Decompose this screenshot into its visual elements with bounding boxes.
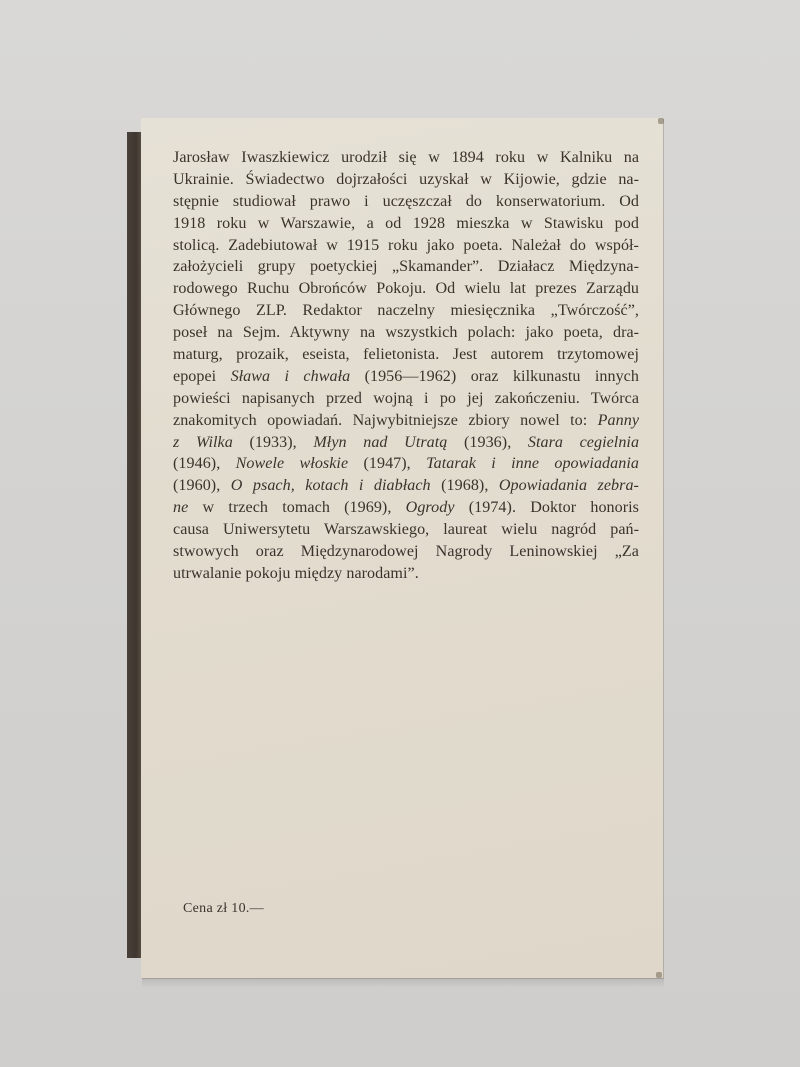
word: Kijowie, — [504, 171, 560, 188]
word: roku — [217, 215, 247, 232]
word: stępnie — [173, 193, 219, 210]
word: w — [480, 171, 492, 188]
word: stwowych — [173, 543, 239, 560]
italic-title-word: Opowiadania — [499, 477, 587, 494]
word: autorem — [491, 346, 544, 363]
word: poetyckiej — [310, 258, 378, 275]
corner-wear-bottom-right — [656, 972, 662, 978]
word: (1969), — [344, 499, 391, 516]
italic-title-word: Tatarak — [426, 455, 476, 472]
italic-title-word: ne — [173, 499, 188, 516]
word: zakończeniu. — [495, 390, 580, 407]
word: Od — [619, 193, 639, 210]
italic-title-word: Stara — [528, 434, 563, 451]
word: prozaik, — [236, 346, 289, 363]
word: innych — [595, 368, 639, 385]
word: Leninowskiej — [509, 543, 597, 560]
word: w — [428, 149, 440, 166]
word: felietonista. — [363, 346, 439, 363]
word: roku — [495, 149, 525, 166]
word: (1960), — [173, 477, 220, 494]
word: Doktor — [530, 499, 576, 516]
word: uzyskał — [419, 171, 469, 188]
word: poeta, — [564, 324, 603, 341]
word: naczelny — [377, 302, 435, 319]
word: wojną — [373, 390, 413, 407]
word: Kalniku — [560, 149, 612, 166]
word: kilkunastu — [513, 368, 581, 385]
word: od — [385, 215, 401, 232]
word: 1928 — [413, 215, 445, 232]
word: zbiory — [468, 412, 509, 429]
italic-title-word: Ogrody — [406, 499, 455, 516]
word: (1956—1962) — [365, 368, 457, 385]
word: urodził — [341, 149, 387, 166]
word: (1936), — [464, 434, 511, 451]
word: ZLP. — [256, 302, 287, 319]
word: Należał — [511, 237, 561, 254]
italic-title-word: chwała — [303, 368, 350, 385]
italic-title-word: Sława — [231, 368, 271, 385]
biography-line: rodowego Ruchu Obrońców Pokoju. Od wielu… — [173, 278, 639, 300]
word: grupy — [258, 258, 296, 275]
biography-line: powieści napisanych przed wojną i po jej… — [173, 388, 639, 410]
biography-line: Ukrainie. Świadectwo dojrzałości uzyskał… — [173, 169, 639, 191]
word: 1915 — [347, 237, 379, 254]
word: studiował — [233, 193, 296, 210]
word: Ruchu — [247, 280, 289, 297]
word: Pokoju. — [376, 280, 426, 297]
word: współ- — [595, 237, 639, 254]
word: (1974). — [469, 499, 516, 516]
book-spine-shadow — [127, 132, 142, 958]
book-back-cover: Jarosław Iwaszkiewicz urodził się w 1894… — [141, 118, 663, 978]
word: powieści — [173, 390, 231, 407]
biography-line: epopei Sława i chwała (1956—1962) oraz k… — [173, 366, 639, 388]
word: Ukrainie. — [173, 171, 234, 188]
word: rodowego — [173, 280, 238, 297]
word: konserwatorium. — [496, 193, 605, 210]
word: pod — [615, 215, 639, 232]
word: 1894 — [451, 149, 483, 166]
word: Twórca — [591, 390, 639, 407]
word: prezes — [535, 280, 576, 297]
word: Redaktor — [303, 302, 362, 319]
italic-title-word: diabłach — [374, 477, 431, 494]
word: stolicą. — [173, 237, 219, 254]
book-bottom-shadow — [142, 978, 664, 988]
word: „Za — [615, 543, 639, 560]
word: Iwaszkiewicz — [241, 149, 329, 166]
word: 1918 — [173, 215, 205, 232]
word: trzytomowej — [557, 346, 639, 363]
word: a — [367, 215, 374, 232]
biography-line: maturg, prozaik, eseista, felietonista. … — [173, 344, 639, 366]
word: maturg, — [173, 346, 223, 363]
italic-title-word: i — [285, 368, 290, 385]
word: pań- — [610, 521, 639, 538]
word: w — [326, 237, 338, 254]
word: napisanych — [242, 390, 315, 407]
word: Zadebiutował — [228, 237, 317, 254]
word: poeta. — [463, 237, 502, 254]
word: „Skamander”. — [392, 258, 483, 275]
word: oraz — [256, 543, 284, 560]
word: honoris — [590, 499, 639, 516]
italic-title-word: i — [359, 477, 364, 494]
word: Uniwersytetu — [223, 521, 310, 538]
word: (1946), — [173, 455, 220, 472]
word: roku — [388, 237, 418, 254]
biography-line: utrwalanie pokoju między narodami”. — [173, 563, 639, 585]
italic-title-word: O — [231, 477, 243, 494]
biography-line: z Wilka (1933), Młyn nad Utratą (1936), … — [173, 432, 639, 454]
biography-line: Jarosław Iwaszkiewicz urodził się w 1894… — [173, 147, 639, 169]
word: w — [537, 149, 549, 166]
italic-title-word: cegielnia — [580, 434, 639, 451]
corner-wear-top-right — [658, 118, 664, 124]
word: Od — [435, 280, 455, 297]
word: Głównego — [173, 302, 240, 319]
biography-line: stwowych oraz Międzynarodowej Nagrody Le… — [173, 541, 639, 563]
italic-title-word: nad — [363, 434, 387, 451]
word: gdzie — [572, 171, 607, 188]
word: założycieli — [173, 258, 243, 275]
word: przed — [326, 390, 362, 407]
italic-title-word: włoskie — [300, 455, 349, 472]
word: eseista, — [302, 346, 349, 363]
biography-line: causa Uniwersytetu Warszawskiego, laurea… — [173, 519, 639, 541]
word: oraz — [471, 368, 499, 385]
word: jako — [526, 324, 554, 341]
word: mieszka — [456, 215, 509, 232]
italic-title-word: i — [491, 455, 496, 472]
italic-title-word: Nowele — [236, 455, 285, 472]
word: na — [360, 324, 375, 341]
word: dra- — [613, 324, 639, 341]
word: Warszawie, — [281, 215, 356, 232]
italic-title-word: kotach — [305, 477, 348, 494]
italic-title-word: Młyn — [313, 434, 346, 451]
biography-line: (1960), O psach, kotach i diabłach (1968… — [173, 475, 639, 497]
word: lat — [510, 280, 526, 297]
word: trzech — [228, 499, 268, 516]
italic-title-word: zebra- — [598, 477, 639, 494]
word: w — [521, 215, 533, 232]
italic-title-word: psach, — [253, 477, 295, 494]
biography-line: ne w trzech tomach (1969), Ogrody (1974)… — [173, 497, 639, 519]
word: do — [466, 193, 482, 210]
word: nowel — [520, 412, 560, 429]
word: pokoju — [246, 565, 291, 582]
word: prawo — [310, 193, 350, 210]
word: między — [295, 565, 343, 582]
word: (1933), — [249, 434, 296, 451]
word: polach: — [468, 324, 516, 341]
word: Warszawskiego, — [324, 521, 429, 538]
word: Stawisku — [544, 215, 603, 232]
author-biography: Jarosław Iwaszkiewicz urodził się w 1894… — [173, 147, 639, 585]
italic-title-word: Utratą — [404, 434, 447, 451]
word: uczęszczał — [383, 193, 452, 210]
word: w — [258, 215, 270, 232]
italic-title-word: Wilka — [196, 434, 233, 451]
word: Działacz — [498, 258, 555, 275]
word: po — [440, 390, 456, 407]
word: causa — [173, 521, 209, 538]
word: Nagrody — [436, 543, 493, 560]
italic-title-word: opowiadania — [554, 455, 639, 472]
word: miesięcznika — [451, 302, 536, 319]
biography-line: Głównego ZLP. Redaktor naczelny miesięcz… — [173, 300, 639, 322]
italic-title-word: inne — [511, 455, 539, 472]
word: tomach — [282, 499, 330, 516]
word: Jest — [453, 346, 477, 363]
word: jako — [427, 237, 455, 254]
biography-line: poseł na Sejm. Aktywny na wszystkich pol… — [173, 322, 639, 344]
word: epopei — [173, 368, 216, 385]
word: utrwalanie — [173, 565, 241, 582]
italic-title-word: z — [173, 434, 179, 451]
word: opowiadań. — [267, 412, 342, 429]
word: (1947), — [363, 455, 410, 472]
word: dojrzałości — [336, 171, 407, 188]
word: znakomitych — [173, 412, 257, 429]
biography-line: stępnie studiował prawo i uczęszczał do … — [173, 191, 639, 213]
word: na — [217, 324, 232, 341]
word: do — [570, 237, 586, 254]
word: laureat — [443, 521, 487, 538]
word: wszystkich — [385, 324, 457, 341]
word: poseł — [173, 324, 207, 341]
price-label: Cena zł 10.— — [183, 901, 264, 917]
word: wielu — [501, 521, 537, 538]
word: narodami”. — [346, 565, 418, 582]
biography-line: (1946), Nowele włoskie (1947), Tatarak i… — [173, 453, 639, 475]
word: na — [624, 149, 639, 166]
word: „Twórczość”, — [551, 302, 639, 319]
word: (1968), — [441, 477, 488, 494]
word: nagród — [551, 521, 596, 538]
word: Międzyna- — [569, 258, 639, 275]
word: Aktywny — [290, 324, 350, 341]
word: to: — [570, 412, 587, 429]
word: na- — [618, 171, 639, 188]
word: Świadectwo — [245, 171, 324, 188]
biography-line: znakomitych opowiadań. Najwybitniejsze z… — [173, 410, 639, 432]
italic-title-word: Panny — [598, 412, 639, 429]
word: i — [424, 390, 429, 407]
word: jej — [467, 390, 483, 407]
word: Zarządu — [586, 280, 639, 297]
word: w — [203, 499, 215, 516]
word: i — [364, 193, 369, 210]
word: Sejm. — [243, 324, 280, 341]
word: Jarosław — [173, 149, 230, 166]
word: się — [399, 149, 417, 166]
biography-line: stolicą. Zadebiutował w 1915 roku jako p… — [173, 235, 639, 257]
word: Najwybitniejsze — [353, 412, 458, 429]
biography-line: założycieli grupy poetyckiej „Skamander”… — [173, 256, 639, 278]
word: wielu — [464, 280, 500, 297]
biography-line: 1918 roku w Warszawie, a od 1928 mieszka… — [173, 213, 639, 235]
word: Obrońców — [299, 280, 367, 297]
word: Międzynarodowej — [301, 543, 419, 560]
